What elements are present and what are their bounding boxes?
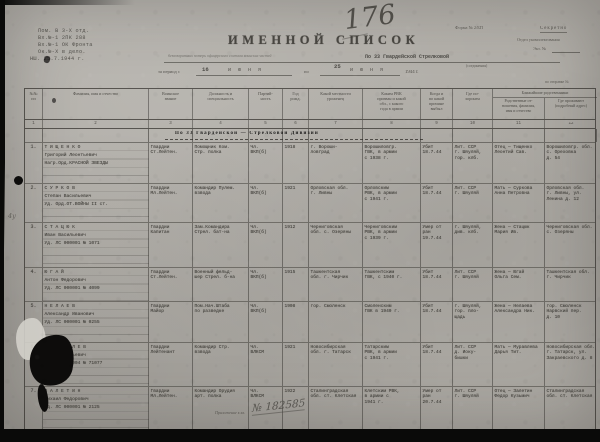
cell-r2c11: Мать — Суркова Анна Петровна	[493, 184, 545, 222]
cell-r5c10: г. Шяуляй, гор. пло- щадь	[453, 302, 493, 342]
cell-r1c1: 1.	[25, 143, 43, 183]
cell-r3c1: 3.	[25, 223, 43, 267]
column-number-11: 11	[493, 120, 545, 128]
table-row: 4.Ю Г А Й Антон Федорович Уд. ЛС 000001 …	[25, 268, 595, 302]
column-number-8: 8	[363, 120, 421, 128]
period-from-month: и ю н я	[228, 67, 263, 73]
section-cell	[493, 129, 545, 142]
section-cell	[43, 129, 149, 142]
cell-r3c6: 1912	[283, 223, 309, 267]
column-header-2: Фамилия, имя и отчество	[43, 89, 149, 119]
cell-r1c4: Помощник Ком. Стр. полка	[193, 143, 249, 183]
table-row: 5.Н Е Л А Е В Александр Иванович Уд. ЛС …	[25, 302, 595, 343]
cell-r5c5: Чл. ВКП(б)	[249, 302, 283, 342]
cell-r7c7: Сталинградская обл. ст. Клетская	[309, 387, 363, 429]
cell-r6c10: Лит. ССР д. Иоку- бишки	[453, 343, 493, 386]
cell-r2c12: Орловская обл. г. Ливны, ул. Ленина д. 1…	[545, 184, 597, 222]
document-paper: Пом. В 3-Х отд. Вх.№-1 2ПК 288 Вх.№-1 ОК…	[4, 0, 600, 429]
cell-r7c12: Сталинградская обл. ст. Клетская	[545, 387, 597, 429]
period-to-line	[320, 75, 400, 76]
column-header-11: Родственные от- ношения, фамилия, имя и …	[493, 98, 545, 119]
scanned-document-photo: Пом. В 3-Х отд. Вх.№-1 2ПК 288 Вх.№-1 ОК…	[0, 0, 600, 442]
table-row: 2.С У Р К О В Степан Васильевич Уд. Орд.…	[25, 184, 595, 223]
cell-r2c4: Командир Пулем. взвода	[193, 184, 249, 222]
cell-r6c6: 1921	[283, 343, 309, 386]
cell-r5c7: гор. Смоленск	[309, 302, 363, 342]
cell-r2c5: Чл. ВКП(б)	[249, 184, 283, 222]
cell-r1c3: Гвардии Ст.Лейтен.	[149, 143, 193, 183]
cell-r6c3: Гвардии Лейтенант	[149, 343, 193, 386]
column-number-7: 7	[309, 120, 363, 128]
cell-r1c10: Лит. ССР г. Шяуляй, гор. клб.	[453, 143, 493, 183]
section-cell	[363, 129, 421, 142]
cell-r3c9: Умер от ран 19.7.44	[421, 223, 453, 267]
cell-r3c3: Гвардии Капитан	[149, 223, 193, 267]
cell-r7c9: Умер от ран 20.7.44	[421, 387, 453, 429]
column-number-row: 123456789101112	[25, 120, 595, 129]
cell-r1c9: Убит 18.7.44	[421, 143, 453, 183]
dept-label: Отдел укомплектования	[517, 37, 560, 42]
cell-r1c11: Отец — Тищенко Леонтий Сав.	[493, 143, 545, 183]
cell-r5c8: Смоленским ГВК в 1940 г.	[363, 302, 421, 342]
secrecy-label: Секретно	[540, 26, 567, 33]
cell-r6c4: Командир Стр. взвода	[193, 343, 249, 386]
table-header-row: №№ ппФамилия, имя и отчествоВоинское зва…	[25, 89, 595, 120]
cell-r2c9: Убит 18.7.44	[421, 184, 453, 222]
cell-r4c1: 4.	[25, 268, 43, 301]
period-to-month: и ю н я	[350, 67, 385, 73]
table-row: 7.З А Л Е Т И Н Михаил Федорович Уд. ЛС …	[25, 387, 595, 430]
section-title: По 33 Гвардейской — Стрелковой Дивизии	[175, 131, 319, 136]
column-number-3: 3	[149, 120, 193, 128]
cell-r4c6: 1915	[283, 268, 309, 301]
section-cell	[25, 129, 43, 142]
cell-r7c3: Гвардии Мл.Лейтен.	[149, 387, 193, 429]
cell-r3c12: Черниговская обл. с. Озеряны	[545, 223, 597, 267]
period-prefix-label: за период с	[158, 69, 180, 74]
cell-r4c9: Убит 18.7.44	[421, 268, 453, 301]
ink-dot	[14, 176, 23, 185]
cell-r5c3: Гвардии Майор	[149, 302, 193, 342]
cell-r4c12: Ташкентская обл. г. Чирчик	[545, 268, 597, 301]
cell-r7c10: Лит. ССР г. Шяуляй	[453, 387, 493, 429]
period-from-day: 16	[202, 66, 209, 73]
cell-r4c4: Военный фельд- шер Стрел. б-на	[193, 268, 249, 301]
cell-r6c8: Татарским РВК, в армии с 1941 г.	[363, 343, 421, 386]
cell-r2c10: Лит. ССР г. Шяуляй	[453, 184, 493, 222]
cell-r6c11: Мать — Муравлева Дарья Тит.	[493, 343, 545, 386]
cell-r5c6: 1908	[283, 302, 309, 342]
cell-r4c10: Лит. ССР г. Шяуляй	[453, 268, 493, 301]
column-number-12: 12	[545, 120, 597, 128]
unit-caption: (соединения)	[466, 64, 487, 68]
cell-r2c3: Гвардии Мл.Лейтен.	[149, 184, 193, 222]
cell-r7c2: З А Л Е Т И Н Михаил Федорович Уд. ЛС 00…	[43, 387, 149, 429]
cell-r4c5: Чл. ВКП(б)	[249, 268, 283, 301]
column-header-9: Когда и по какой причине выбыл	[421, 89, 453, 119]
cell-r7c4: Командир Орудия арт. полка	[193, 387, 249, 429]
cell-r7c8: Клетским РВК, в армии с 1941 г.	[363, 387, 421, 429]
cell-r4c7: Ташкентская обл. г. Чирчик	[309, 268, 363, 301]
cell-r2c8: Орловским РВК, в армии с 1941 г.	[363, 184, 421, 222]
cell-r3c2: С Т А Ц Ю К Иван Васильевич Уд. ЛС 00000…	[43, 223, 149, 267]
table-row: 6.М У Р А В Л Е В Клим Васильевич Уд. ЛС…	[25, 343, 595, 387]
cell-r1c7: г. Вороши- ловград	[309, 143, 363, 183]
cell-r1c5: Чл. ВКП(б)	[249, 143, 283, 183]
cell-r3c7: Черниговская обл. с. Озеряны	[309, 223, 363, 267]
section-cell	[453, 129, 493, 142]
stamp-line: Пом. В 3-Х отд.	[38, 28, 93, 35]
form-number-label: Форма № 2/БП	[455, 25, 483, 30]
stamp-line: Вх.№-1 2ПК 288	[38, 35, 93, 42]
cell-r7c11: Отец — Залетин Федор Кузьмич	[493, 387, 545, 429]
column-header-10: Где по- хоронен	[453, 89, 493, 119]
cell-r6c5: Чл. ВЛКСМ	[249, 343, 283, 386]
speck	[52, 98, 56, 103]
column-number-2: 2	[43, 120, 149, 128]
column-number-5: 5	[249, 120, 283, 128]
cell-r3c11: Жена — Стацюк Мария Ив.	[493, 223, 545, 267]
column-header-1: №№ пп	[25, 89, 43, 119]
margin-scribble: 4у	[8, 212, 16, 220]
column-header-7: Какой местности уроженец	[309, 89, 363, 119]
photo-left-edge	[0, 0, 5, 250]
photo-top-edge	[0, 0, 135, 5]
cell-r4c11: Жена — Югай Ольга Сем.	[493, 268, 545, 301]
cell-r3c4: Зам.Командира Стрел. бат-на	[193, 223, 249, 267]
cell-r2c1: 2.	[25, 184, 43, 222]
period-to-day: 25	[334, 63, 341, 70]
cell-r2c2: С У Р К О В Степан Васильевич Уд. Орд.ОТ…	[43, 184, 149, 222]
page-title: ИМЕННОЙ СПИСОК	[228, 33, 419, 48]
section-cell	[545, 129, 597, 142]
cell-r2c6: 1921	[283, 184, 309, 222]
cell-r3c10: г. Шяуляй, див. клб.	[453, 223, 493, 267]
section-row: По 33 Гвардейской — Стрелковой Дивизии	[25, 129, 595, 143]
cell-r5c9: Убит 18.7.44	[421, 302, 453, 342]
cell-r5c4: Пом.Нач.Штаба по разведке	[193, 302, 249, 342]
cell-r5c11: Жена — Нелаева Александра Ник.	[493, 302, 545, 342]
relatives-subcolumns: Родственные от- ношения, фамилия, имя и …	[493, 98, 597, 119]
column-header-5: Партий- ность	[249, 89, 283, 119]
cell-r4c8: Ташкентским ГВК, с 1940 г.	[363, 268, 421, 301]
cell-r1c2: Т И Щ Е Н К О Григорий Леонтьевич Нагр.О…	[43, 143, 149, 183]
column-number-10: 10	[453, 120, 493, 128]
cell-r6c12: Новосибирская обл. г. Татарск, ул. Закра…	[545, 343, 597, 386]
cell-r5c12: гор. Смоленск Нарвский пер. д. 10	[545, 302, 597, 342]
cell-r1c6: 1918	[283, 143, 309, 183]
cell-r3c8: Черниговским РВК, в армии с 1939 г.	[363, 223, 421, 267]
cell-r1c12: Ворошиловгр. обл. с. Ореховка д. 54	[545, 143, 597, 183]
section-underline	[165, 139, 423, 140]
unit-name: По 33 Гвардейской Стрелковой	[365, 54, 449, 60]
relatives-group-column: Ближайшие родственникиРодственные от- но…	[493, 89, 597, 119]
cell-r1c8: Ворошиловгр. ГВК, в армии с 1938 г.	[363, 143, 421, 183]
copy-number-line	[552, 52, 580, 53]
column-header-12: Где проживают (подробный адрес)	[545, 98, 597, 119]
column-header-4: Должность и специальность	[193, 89, 249, 119]
section-cell	[421, 129, 453, 142]
column-number-9: 9	[421, 120, 453, 128]
column-header-6: Год рожд.	[283, 89, 309, 119]
cell-r6c7: Новосибирская обл. г. Татарск	[309, 343, 363, 386]
cell-r4c3: Гвардии Ст.Лейтен.	[149, 268, 193, 301]
cell-r3c5: Чл. ВКП(б)	[249, 223, 283, 267]
period-year: 1944 г.	[405, 70, 418, 75]
handwritten-page-number: 176	[342, 0, 397, 36]
stamp-line: НШ. 25.7.1944 г.	[30, 56, 93, 63]
column-number-4: 4	[193, 120, 249, 128]
table-row: 3.С Т А Ц Ю К Иван Васильевич Уд. ЛС 000…	[25, 223, 595, 268]
table-row: 1.Т И Щ Е Н К О Григорий Леонтьевич Нагр…	[25, 143, 595, 184]
side-note: по отправке №	[545, 80, 569, 84]
cell-r2c7: Орловская обл. г. Ливны	[309, 184, 363, 222]
column-number-1: 1	[25, 120, 43, 128]
cell-r4c2: Ю Г А Й Антон Федорович Уд. ЛС 000001 № …	[43, 268, 149, 301]
relatives-group-header: Ближайшие родственники	[493, 89, 597, 98]
subtitle-caption: безвозвратных потерь офицерского состава…	[168, 54, 271, 58]
column-header-3: Воинское звание	[149, 89, 193, 119]
photo-bottom-edge	[0, 429, 600, 442]
unit-fill-line	[164, 62, 560, 63]
casualty-list-table: №№ ппФамилия, имя и отчествоВоинское зва…	[24, 88, 596, 431]
bottom-note-label: Приложение к вх.	[215, 410, 245, 415]
cell-r6c9: Убит 18.7.44	[421, 343, 453, 386]
period-from-line	[196, 75, 292, 76]
column-number-6: 6	[283, 120, 309, 128]
column-header-8: Каким РВК призван и какой обл., с какого…	[363, 89, 421, 119]
period-to-label: по	[304, 69, 309, 74]
copy-number-label: Экз. №	[533, 46, 546, 51]
stamp-line: Вх.№-1 ОК Фронта	[38, 42, 93, 49]
